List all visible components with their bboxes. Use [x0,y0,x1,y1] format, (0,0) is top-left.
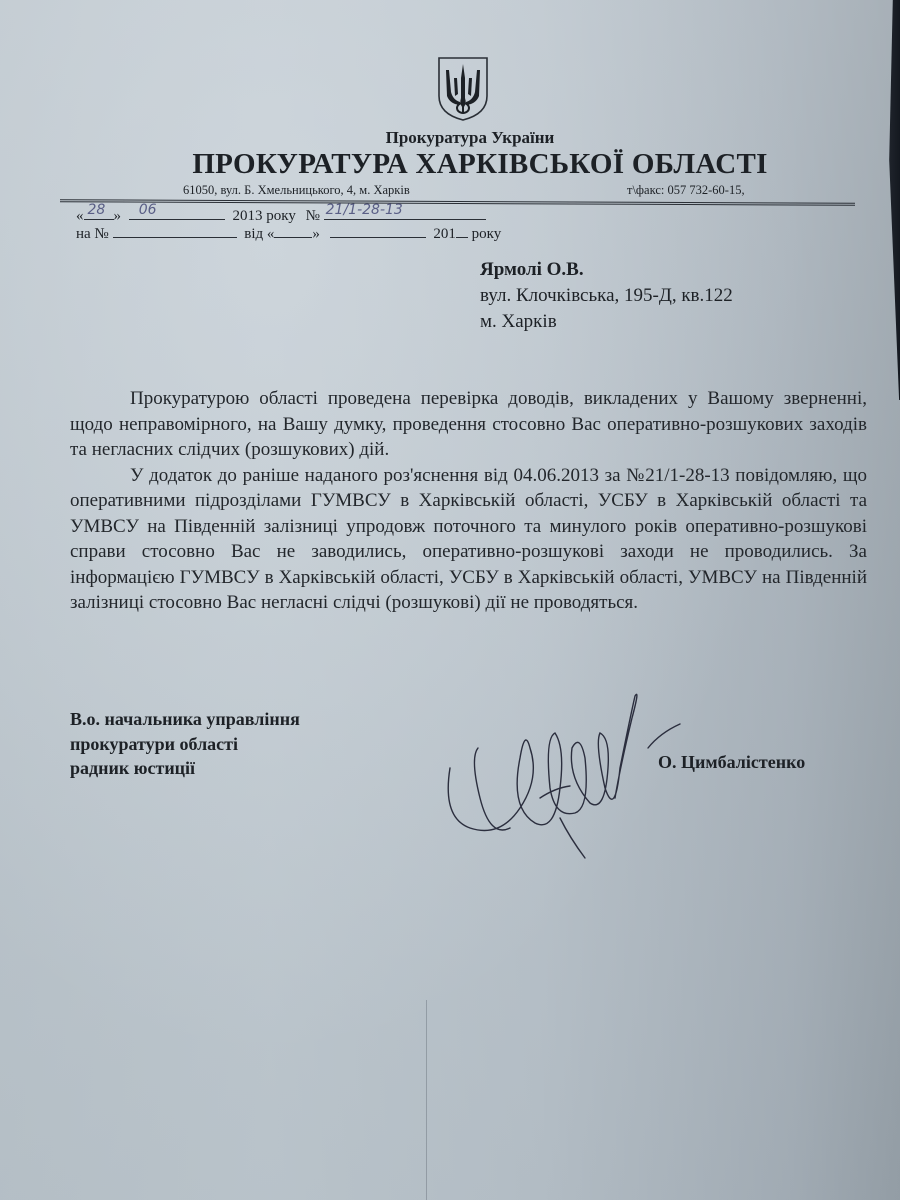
recipient-name: Ярмолі О.В. [480,257,733,283]
reference-number-field [113,223,237,238]
recipient-block: Ярмолі О.В. вул. Клочківська, 195-Д, кв.… [480,257,733,335]
reference-number-label: на № [76,226,109,242]
handwritten-signature [440,688,700,868]
reference-registration-row: на № від «» 201 року [76,223,501,243]
date-year-label: 2013 року [233,208,296,224]
letter-body: Прокуратурою області проведена перевірка… [70,386,867,616]
recipient-street: вул. Клочківська, 195-Д, кв.122 [480,283,733,309]
signatory-title: В.о. начальника управління прокуратури о… [70,707,300,781]
outgoing-registration-row: «28» 06 2013 року № 21/1-28-13 [76,205,486,225]
recipient-city: м. Харків [480,309,733,335]
organization-phone: т\факс: 057 732-60-15, [627,183,745,198]
outgoing-number-field: 21/1-28-13 [324,205,486,220]
reference-day-field [274,223,312,238]
number-label: № [306,208,320,224]
date-day-field: 28 [84,205,114,220]
reference-month-field [330,223,426,238]
organization-name: ПРОКУРАТУРА ХАРКІВСЬКОЇ ОБЛАСТІ [0,148,900,181]
signer-name: О. Цимбалістенко [658,752,805,773]
date-month-field: 06 [129,205,225,220]
reference-year-field [456,223,468,238]
body-paragraph-2: У додаток до раніше наданого роз'яснення… [70,463,867,616]
organization-address: 61050, вул. Б. Хмельницького, 4, м. Харк… [183,183,410,198]
trident-coat-of-arms-icon [436,56,490,122]
paper-fold-line [426,1000,427,1200]
parent-organization: Прокуратура України [0,128,900,148]
body-paragraph-1: Прокуратурою області проведена перевірка… [70,386,867,463]
